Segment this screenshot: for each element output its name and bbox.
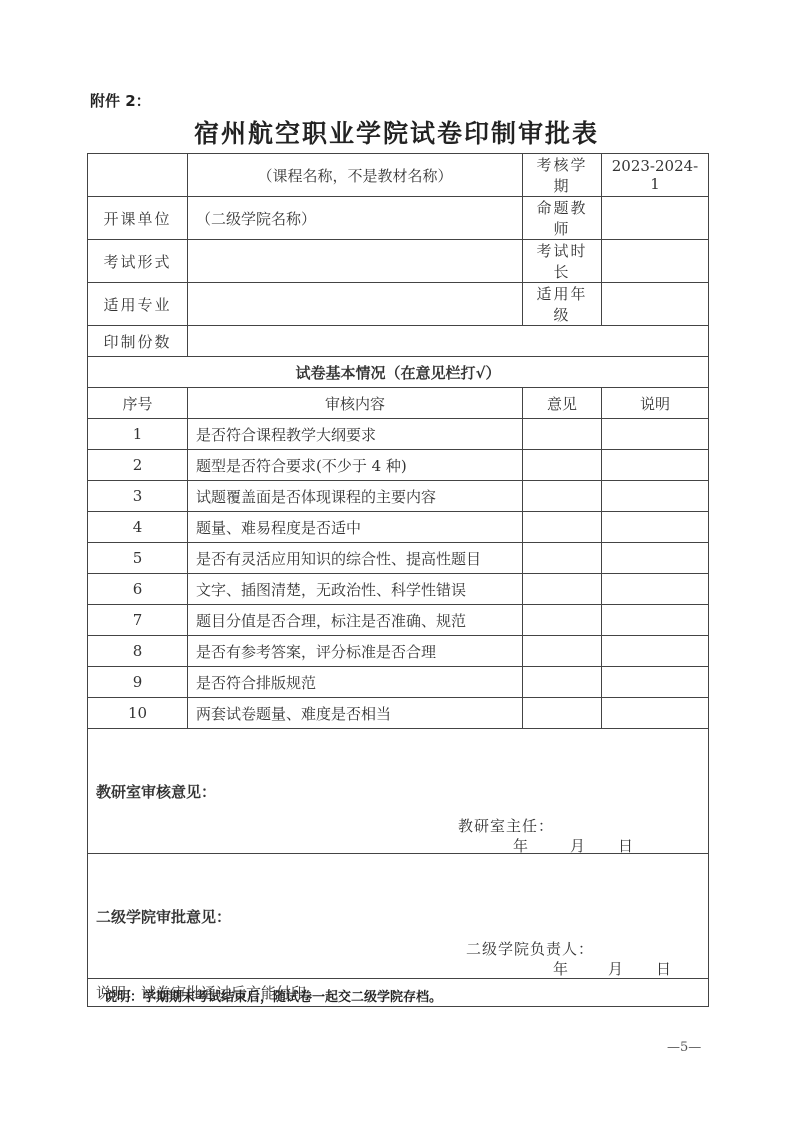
item-opinion-cell[interactable] [523, 450, 602, 481]
item-note-cell[interactable] [602, 543, 709, 574]
item-note-cell[interactable] [602, 419, 709, 450]
exam-duration-field[interactable] [602, 240, 709, 283]
item-note-cell[interactable] [602, 574, 709, 605]
approval-form-table: （课程名称，不是教材名称） 考核学期 2023-2024-1 开课单位 （二级学… [87, 153, 709, 1007]
item-note-cell[interactable] [602, 481, 709, 512]
item-note-cell[interactable] [602, 450, 709, 481]
item-content: 两套试卷题量、难度是否相当 [188, 698, 523, 729]
course-label [88, 154, 188, 197]
exam-duration-label: 考试时长 [523, 240, 602, 283]
teaching-review-cell[interactable]: 教研室审核意见： 教研室主任： 年 月 日 [88, 729, 709, 854]
college-approval-signer: 二级学院负责人： [466, 938, 594, 959]
item-opinion-cell[interactable] [523, 636, 602, 667]
col-header-no: 序号 [88, 388, 188, 419]
item-opinion-cell[interactable] [523, 512, 602, 543]
college-approval-month: 月 [608, 958, 623, 979]
table-row: 1 是否符合课程教学大纲要求 [88, 419, 709, 450]
teaching-review-title: 教研室审核意见： [96, 781, 700, 802]
section-row: 试卷基本情况（在意见栏打√） [88, 357, 709, 388]
department-row: 开课单位 （二级学院名称） 命题教师 [88, 197, 709, 240]
table-row: 7 题目分值是否合理，标注是否准确、规范 [88, 605, 709, 636]
major-field[interactable] [188, 283, 523, 326]
semester-label: 考核学期 [523, 154, 602, 197]
footnote: 说明：学期期末考试结束后，随试卷一起交二级学院存档。 [104, 986, 442, 1005]
teaching-review-signer: 教研室主任： [458, 815, 554, 836]
column-header-row: 序号 审核内容 意见 说明 [88, 388, 709, 419]
table-row: 4 题量、难易程度是否适中 [88, 512, 709, 543]
item-no: 6 [88, 574, 188, 605]
exam-form-field[interactable] [188, 240, 523, 283]
major-label: 适用专业 [88, 283, 188, 326]
item-no: 5 [88, 543, 188, 574]
page-title: 宿州航空职业学院试卷印制审批表 [0, 114, 793, 150]
table-row: 3 试题覆盖面是否体现课程的主要内容 [88, 481, 709, 512]
item-content: 题量、难易程度是否适中 [188, 512, 523, 543]
col-header-note: 说明 [602, 388, 709, 419]
item-note-cell[interactable] [602, 667, 709, 698]
item-note-cell[interactable] [602, 636, 709, 667]
table-row: 9 是否符合排版规范 [88, 667, 709, 698]
item-no: 8 [88, 636, 188, 667]
department-label: 开课单位 [88, 197, 188, 240]
grade-label: 适用年级 [523, 283, 602, 326]
grade-field[interactable] [602, 283, 709, 326]
item-no: 2 [88, 450, 188, 481]
item-content: 是否有灵活应用知识的综合性、提高性题目 [188, 543, 523, 574]
item-opinion-cell[interactable] [523, 667, 602, 698]
course-name-field[interactable]: （课程名称，不是教材名称） [188, 154, 523, 197]
table-row: 6 文字、插图清楚，无政治性、科学性错误 [88, 574, 709, 605]
copies-label: 印制份数 [88, 326, 188, 357]
table-row: 10 两套试卷题量、难度是否相当 [88, 698, 709, 729]
college-approval-year: 年 [553, 958, 568, 979]
item-content: 试题覆盖面是否体现课程的主要内容 [188, 481, 523, 512]
section-title: 试卷基本情况（在意见栏打√） [88, 357, 709, 388]
semester-field[interactable]: 2023-2024-1 [602, 154, 709, 197]
teaching-review-row: 教研室审核意见： 教研室主任： 年 月 日 [88, 729, 709, 854]
department-field[interactable]: （二级学院名称） [188, 197, 523, 240]
item-no: 4 [88, 512, 188, 543]
item-note-cell[interactable] [602, 512, 709, 543]
item-opinion-cell[interactable] [523, 574, 602, 605]
item-content: 是否有参考答案，评分标准是否合理 [188, 636, 523, 667]
item-content: 是否符合课程教学大纲要求 [188, 419, 523, 450]
college-approval-row: 二级学院审批意见： 二级学院负责人： 年 月 日 [88, 854, 709, 979]
item-opinion-cell[interactable] [523, 543, 602, 574]
table-row: 5 是否有灵活应用知识的综合性、提高性题目 [88, 543, 709, 574]
item-no: 7 [88, 605, 188, 636]
col-header-opinion: 意见 [523, 388, 602, 419]
item-no: 1 [88, 419, 188, 450]
item-opinion-cell[interactable] [523, 419, 602, 450]
teacher-field[interactable] [602, 197, 709, 240]
item-no: 10 [88, 698, 188, 729]
item-content: 题型是否符合要求(不少于 4 种) [188, 450, 523, 481]
item-content: 题目分值是否合理，标注是否准确、规范 [188, 605, 523, 636]
item-opinion-cell[interactable] [523, 698, 602, 729]
item-opinion-cell[interactable] [523, 605, 602, 636]
course-row: （课程名称，不是教材名称） 考核学期 2023-2024-1 [88, 154, 709, 197]
copies-row: 印制份数 [88, 326, 709, 357]
item-content: 是否符合排版规范 [188, 667, 523, 698]
attachment-label: 附件 2： [90, 90, 151, 111]
item-note-cell[interactable] [602, 698, 709, 729]
college-approval-cell[interactable]: 二级学院审批意见： 二级学院负责人： 年 月 日 [88, 854, 709, 979]
exam-form-label: 考试形式 [88, 240, 188, 283]
table-row: 2 题型是否符合要求(不少于 4 种) [88, 450, 709, 481]
item-opinion-cell[interactable] [523, 481, 602, 512]
item-content: 文字、插图清楚，无政治性、科学性错误 [188, 574, 523, 605]
item-note-cell[interactable] [602, 605, 709, 636]
col-header-content: 审核内容 [188, 388, 523, 419]
college-approval-day: 日 [656, 958, 671, 979]
college-approval-title: 二级学院审批意见： [96, 906, 700, 927]
copies-field[interactable] [188, 326, 709, 357]
table-row: 8 是否有参考答案，评分标准是否合理 [88, 636, 709, 667]
major-row: 适用专业 适用年级 [88, 283, 709, 326]
teacher-label: 命题教师 [523, 197, 602, 240]
page-number: —5— [667, 1040, 701, 1055]
item-no: 3 [88, 481, 188, 512]
exam-form-row: 考试形式 考试时长 [88, 240, 709, 283]
item-no: 9 [88, 667, 188, 698]
